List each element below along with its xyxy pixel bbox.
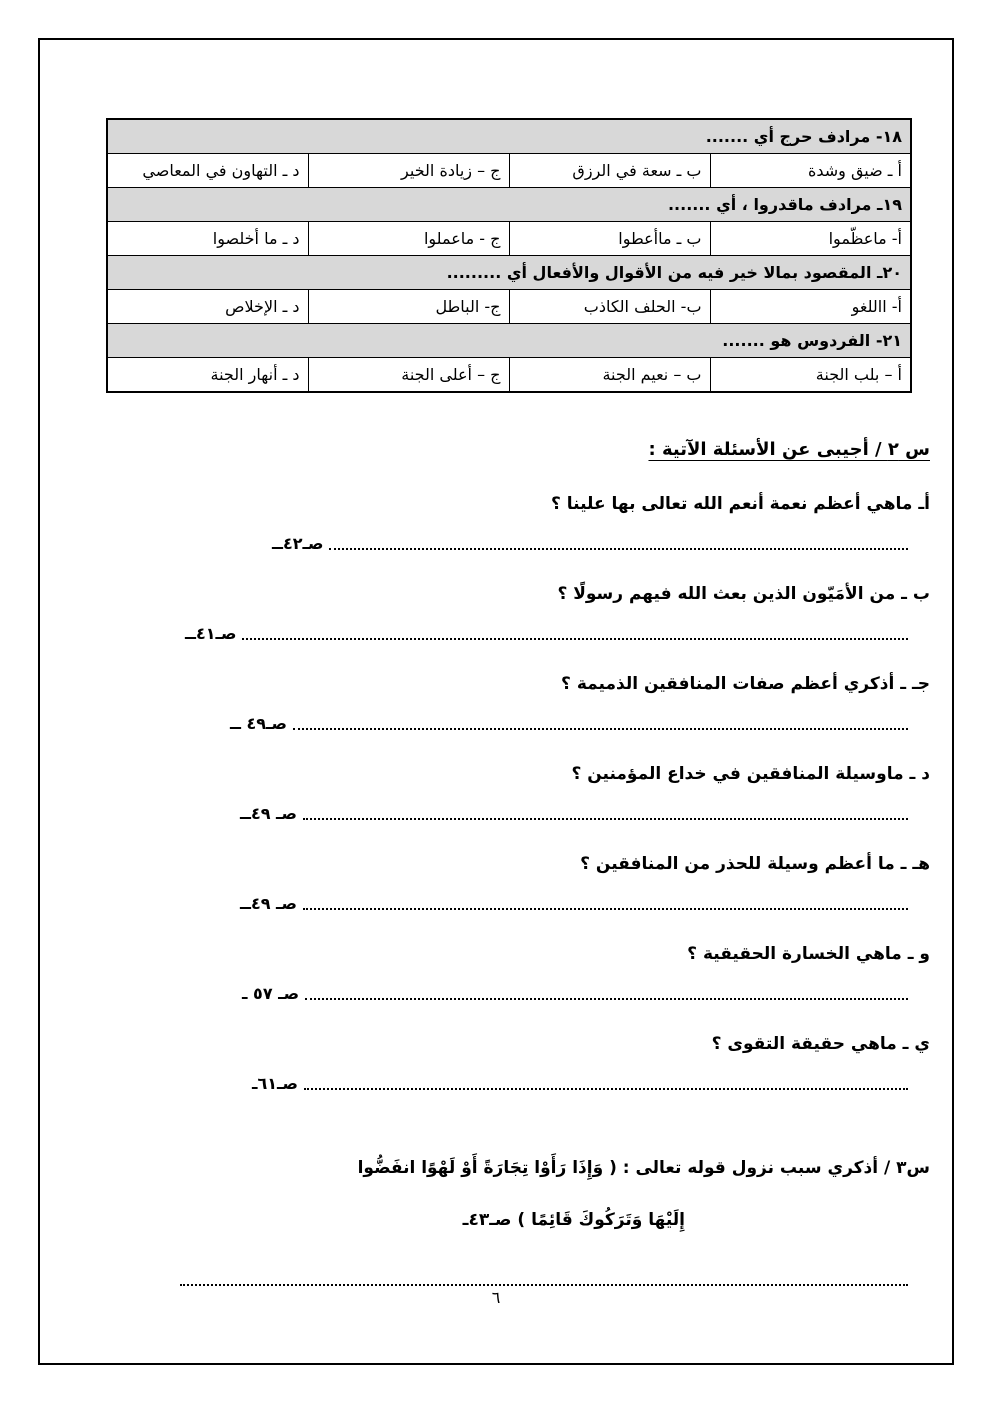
subquestion-e-text: هـ ـ ما أعظم وسيلة للحذر من المنافقين ؟ (38, 854, 930, 874)
page-ref: صـ٦١ـ (252, 1076, 304, 1092)
answer-line: صـ ٤٩ــ (240, 804, 908, 820)
question-18-header: ١٨- مرادف حرج أي ....... (107, 119, 911, 154)
q20-option-a: أ- االلغو (710, 290, 911, 324)
question-19-header: ١٩ـ مرادف ماقدروا ، أي ....... (107, 188, 911, 222)
page-content: ١٨- مرادف حرج أي ....... أ ـ ضيق وشدة ب … (38, 118, 954, 1286)
q21-option-a: أ – بلب الجنة (710, 358, 911, 393)
q19-option-c: ج - ماعملوا (308, 222, 509, 256)
subquestion-f-text: و ـ ماهي الخسارة الحقيقية ؟ (38, 944, 930, 964)
q19-option-d: د ـ ما أخلصوا (107, 222, 308, 256)
table-row: ٢١- الفردوس هو ....... (107, 324, 911, 358)
page-ref: صـ٤١ــ (185, 626, 242, 642)
mcq-table: ١٨- مرادف حرج أي ....... أ ـ ضيق وشدة ب … (106, 118, 912, 393)
dotted-answer-line (329, 536, 908, 550)
dotted-answer-line (304, 1076, 908, 1090)
answer-line: صـ٦١ـ (252, 1074, 908, 1090)
subquestion-c: جـ ـ أذكري أعظم صفات المنافقين الذميمة ؟… (38, 674, 954, 730)
subquestion-g-text: ي ـ ماهي حقيقة التقوى ؟ (38, 1034, 930, 1054)
table-row: أ- ماعظّموا ب ـ ماأعطوا ج - ماعملوا د ـ … (107, 222, 911, 256)
subquestion-b-text: ب ـ من الأمَيّون الذين بعث الله فيهم رسو… (38, 584, 930, 604)
page-ref: صـ ٥٧ ـ (242, 986, 305, 1002)
table-row: ٢٠ـ المقصود بمالا خير فيه من الأقوال وال… (107, 256, 911, 290)
question-20-header: ٢٠ـ المقصود بمالا خير فيه من الأقوال وال… (107, 256, 911, 290)
dotted-answer-line (305, 986, 908, 1000)
dotted-answer-line (293, 716, 908, 730)
q19-option-a: أ- ماعظّموا (710, 222, 911, 256)
table-row: أ ـ ضيق وشدة ب ـ سعة في الرزق ج – زيادة … (107, 154, 911, 188)
section3-line1: س٣ / أذكري سبب نزول قوله تعالى : ( وَإِذ… (38, 1142, 930, 1194)
q20-option-c: ج- الباطل (308, 290, 509, 324)
page-number: ٦ (0, 1288, 992, 1307)
page-ref: صـ٤٩ ــ (230, 716, 293, 732)
q21-option-d: د ـ أنهار الجنة (107, 358, 308, 393)
answer-line: صـ ٤٩ــ (240, 894, 908, 910)
subquestion-a-text: أـ ماهي أعظم نعمة أنعم الله تعالى بها عل… (38, 494, 930, 514)
dotted-answer-line (180, 1272, 908, 1286)
page-ref: صـ ٤٩ــ (240, 806, 303, 822)
page-ref: صـ٤٢ــ (272, 536, 329, 552)
answer-line (180, 1272, 908, 1286)
subquestion-c-text: جـ ـ أذكري أعظم صفات المنافقين الذميمة ؟ (38, 674, 930, 694)
answer-line: صـ٤٢ــ (272, 534, 908, 550)
subquestion-g: ي ـ ماهي حقيقة التقوى ؟ صـ٦١ـ (38, 1034, 954, 1090)
q18-option-d: د ـ التهاون في المعاصي (107, 154, 308, 188)
section3-line2: إِلَيْهَا وَتَرَكُوكَ قَائِمًا ) صـ٤٣ـ (38, 1194, 685, 1246)
answer-line: صـ٤١ــ (185, 624, 908, 640)
q18-option-c: ج – زيادة الخير (308, 154, 509, 188)
q21-option-b: ب – نعيم الجنة (509, 358, 710, 393)
q19-option-b: ب ـ ماأعطوا (509, 222, 710, 256)
subquestion-f: و ـ ماهي الخسارة الحقيقية ؟ صـ ٥٧ ـ (38, 944, 954, 1000)
answer-line: صـ٤٩ ــ (230, 714, 908, 730)
table-row: ١٨- مرادف حرج أي ....... (107, 119, 911, 154)
section3-question: س٣ / أذكري سبب نزول قوله تعالى : ( وَإِذ… (38, 1142, 930, 1246)
subquestion-e: هـ ـ ما أعظم وسيلة للحذر من المنافقين ؟ … (38, 854, 954, 910)
section2-title: س ٢ / أجيبى عن الأسئلة الآتية : (38, 439, 930, 460)
subquestion-d-text: د ـ ماوسيلة المنافقين في خداع المؤمنين ؟ (38, 764, 930, 784)
subquestion-d: د ـ ماوسيلة المنافقين في خداع المؤمنين ؟… (38, 764, 954, 820)
table-row: أ- االلغو ب- الحلف الكاذب ج- الباطل د ـ … (107, 290, 911, 324)
table-row: ١٩ـ مرادف ماقدروا ، أي ....... (107, 188, 911, 222)
dotted-answer-line (303, 806, 908, 820)
q18-option-a: أ ـ ضيق وشدة (710, 154, 911, 188)
exam-page: ١٨- مرادف حرج أي ....... أ ـ ضيق وشدة ب … (0, 0, 992, 1403)
table-row: أ – بلب الجنة ب – نعيم الجنة ج – أعلى ال… (107, 358, 911, 393)
answer-line: صـ ٥٧ ـ (242, 984, 908, 1000)
q20-option-d: د ـ الإخلاص (107, 290, 308, 324)
q21-option-c: ج – أعلى الجنة (308, 358, 509, 393)
page-ref: صـ ٤٩ــ (240, 896, 303, 912)
q18-option-b: ب ـ سعة في الرزق (509, 154, 710, 188)
dotted-answer-line (242, 626, 908, 640)
subquestion-b: ب ـ من الأمَيّون الذين بعث الله فيهم رسو… (38, 584, 954, 640)
q20-option-b: ب- الحلف الكاذب (509, 290, 710, 324)
question-21-header: ٢١- الفردوس هو ....... (107, 324, 911, 358)
subquestion-a: أـ ماهي أعظم نعمة أنعم الله تعالى بها عل… (38, 494, 954, 550)
dotted-answer-line (303, 896, 908, 910)
